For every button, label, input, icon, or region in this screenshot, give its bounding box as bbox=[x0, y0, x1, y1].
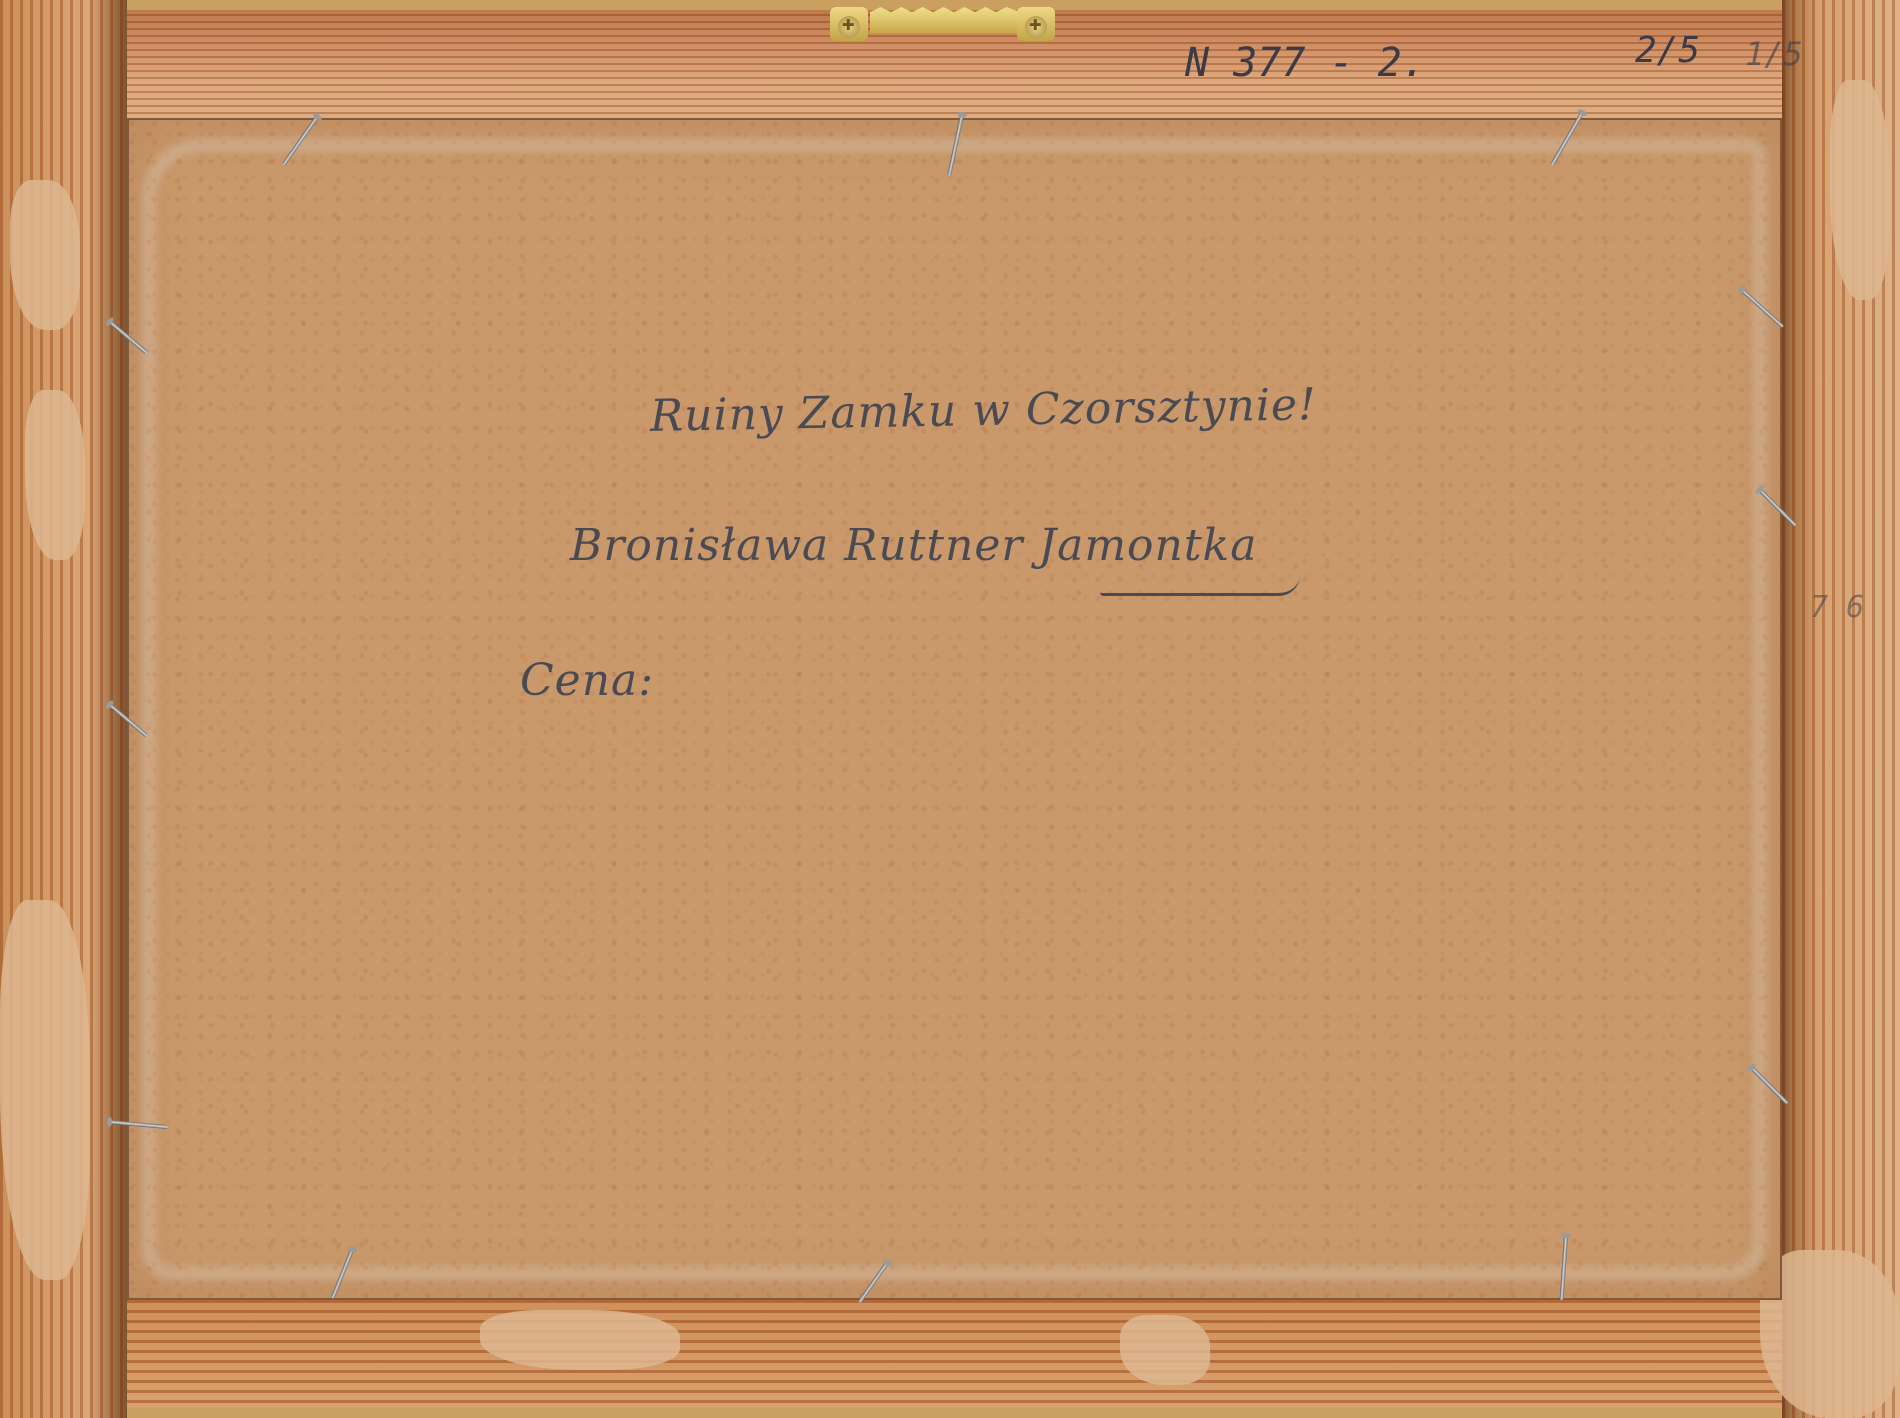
price-label: Cena: bbox=[520, 655, 654, 706]
paper-remnant bbox=[1830, 80, 1890, 300]
frame-mark-faded: 1/5 bbox=[1745, 35, 1803, 73]
hanger-right-tab bbox=[1017, 7, 1055, 41]
paper-remnant bbox=[25, 390, 85, 560]
sawtooth-hanger-icon bbox=[830, 3, 1055, 43]
frame-bottom-rail bbox=[0, 1300, 1900, 1418]
hanger-serrated-plate bbox=[870, 7, 1020, 33]
signature-underline bbox=[1100, 575, 1300, 596]
paper-remnant bbox=[0, 900, 90, 1280]
frame-side-mark: 7 6 bbox=[1810, 590, 1864, 625]
artwork-verso-photo: N 377 - 2. 2/5 1/5 7 6 Ruiny Zamku w Czo… bbox=[0, 0, 1900, 1418]
paper-remnant bbox=[1120, 1315, 1210, 1385]
inventory-number: N 377 - 2. bbox=[1185, 40, 1426, 86]
screw-icon bbox=[838, 16, 860, 38]
screw-icon bbox=[1025, 16, 1047, 38]
hanger-left-tab bbox=[830, 7, 868, 41]
artist-signature: Bronisława Ruttner Jamontka bbox=[570, 520, 1257, 571]
paper-remnant bbox=[10, 180, 80, 330]
paper-remnant bbox=[480, 1310, 680, 1370]
backing-board bbox=[127, 118, 1782, 1300]
frame-mark: 2/5 bbox=[1635, 30, 1700, 71]
